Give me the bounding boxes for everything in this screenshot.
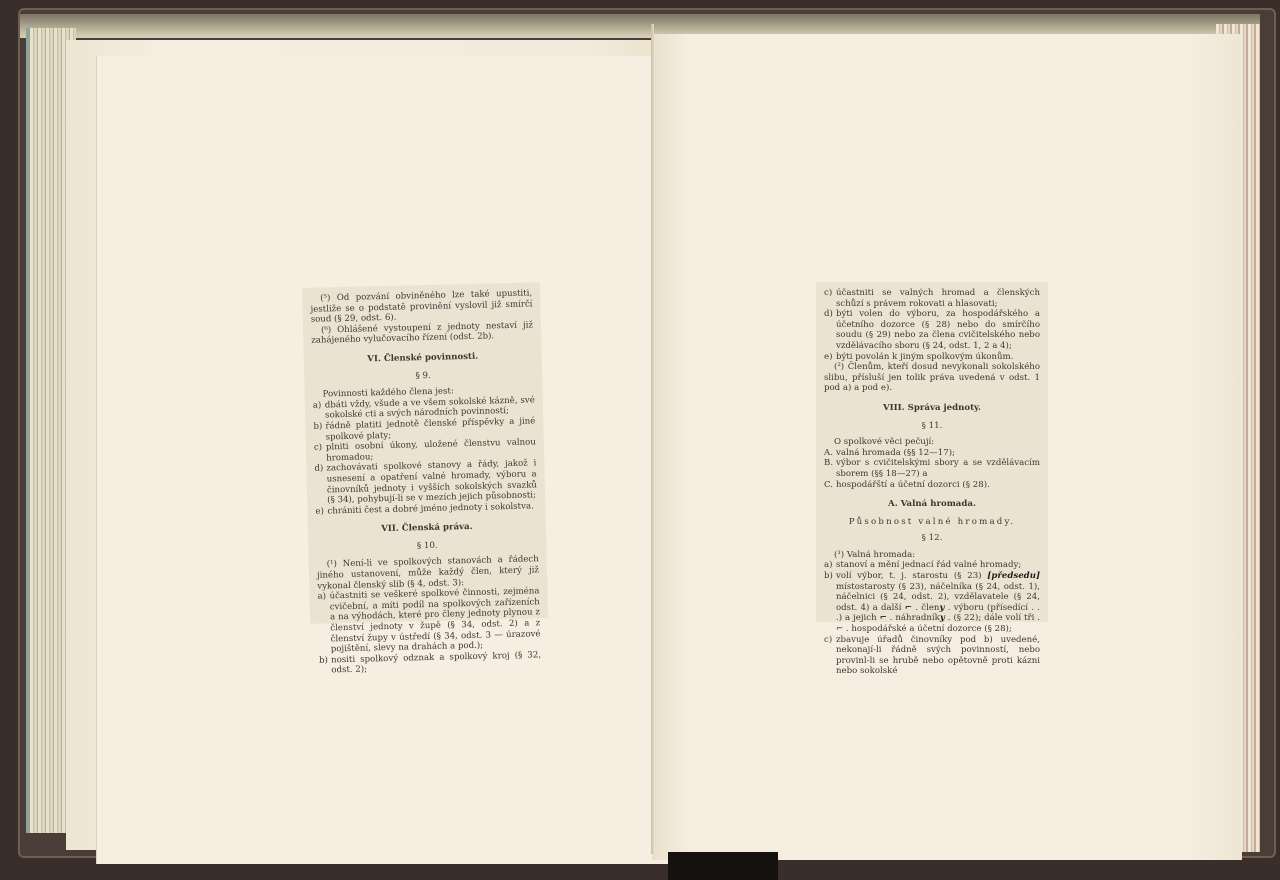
- heading-viii: VIII. Správa jednoty.: [824, 403, 1040, 414]
- right-clipping: c)účastniti se valných hromad a členskýc…: [816, 282, 1048, 622]
- handwritten-mark: y: [939, 603, 944, 613]
- list-item: C.hospodářští a účetní dozorci (§ 28).: [824, 480, 1040, 491]
- list-item: a)účastniti se veškeré spolkové činnosti…: [317, 587, 540, 656]
- handwritten-mark: y: [940, 613, 945, 623]
- handwritten-mark: ⌐: [880, 613, 887, 623]
- intro-11: O spolkové věci pečují:: [824, 437, 1040, 448]
- section-11: § 11.: [824, 421, 1040, 432]
- paragraph-2: (²) Členům, kteří dosud nevykonali sokol…: [824, 362, 1040, 394]
- section-12: § 12.: [824, 533, 1040, 544]
- list-item: c)účastniti se valných hromad a členskýc…: [824, 288, 1040, 309]
- handwritten-mark: ⌐: [905, 603, 912, 613]
- handwritten-annotation: [předsedu]: [987, 571, 1040, 581]
- list-item: B.výbor s cvičitelskými sbory a se vzděl…: [824, 458, 1040, 479]
- list-item: d)zachovávati spolkové stanovy a řády, j…: [314, 459, 537, 507]
- heading-a: A. Valná hromada.: [824, 499, 1040, 510]
- paragraph-6: (⁶) Ohlášené vystoupení z jednoty nestav…: [311, 320, 533, 347]
- gutter-shadow: [668, 852, 778, 880]
- list-item: e)býti povolán k jiným spolkovým úkonům.: [824, 352, 1040, 363]
- section-10: § 10.: [316, 538, 538, 554]
- subheading: Působnost valné hromady.: [824, 517, 1040, 528]
- list-item: A.valná hromada (§§ 12—17);: [824, 448, 1040, 459]
- heading-vii: VII. Členská práva.: [316, 521, 538, 537]
- list-item: d)býti volen do výboru, za hospodářského…: [824, 309, 1040, 351]
- list-item: a)stanoví a mění jednací řád valné hroma…: [824, 560, 1040, 571]
- list-item: b) volí výbor, t. j. starostu (§ 23) [př…: [824, 571, 1040, 635]
- section-9: § 9.: [312, 368, 534, 384]
- list-item: c)zbavuje úřadů činovníky pod b) uvedené…: [824, 635, 1040, 677]
- heading-vi: VI. Členské povinnosti.: [312, 350, 534, 366]
- book-spine: [651, 24, 654, 854]
- intro-12: (¹) Valná hromada:: [824, 550, 1040, 561]
- left-clipping: (⁵) Od pozvání obviněného lze také upust…: [302, 282, 548, 624]
